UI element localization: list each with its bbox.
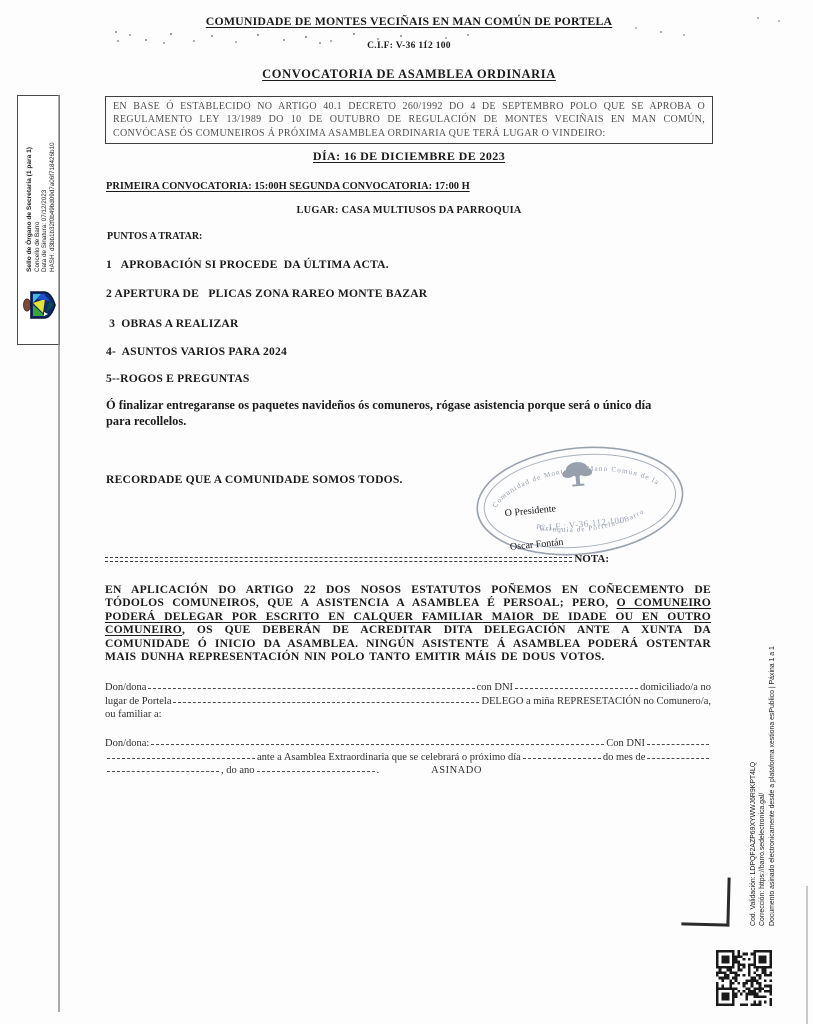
concello-crest-icon [23, 287, 57, 323]
page-edge-line [806, 886, 808, 1024]
legal-post: , OS QUE DEBERÁN DE ACREDITAR DITA DELEG… [105, 623, 711, 663]
seal-date: Data de Sinatura: 07/12/2023 [41, 106, 49, 272]
validation-footer-text: Cod. Validación: LDPQF2AZP69XYWWJ6R9KPT4… [749, 574, 779, 926]
cif-line: C.I.F: V-36 112 100 [105, 41, 713, 51]
dashed-line [105, 557, 572, 562]
fill-in-blank [173, 702, 479, 703]
agenda-item-3: 3 OBRAS A REALIZAR [106, 317, 239, 330]
document-subtitle: CONVOCATORIA DE ASAMBLEA ORDINARIA [105, 67, 713, 82]
fill-in-blank [257, 771, 375, 772]
form-row: Don/dona: Con DNI [105, 737, 711, 751]
call-times: PRIMEIRA CONVOCATORIA: 15:00H SEGUNDA CO… [106, 181, 470, 192]
fill-in-blank [107, 771, 219, 772]
form-label: . [377, 765, 380, 776]
document-header: COMUNIDADE DE MONTES VECIÑAIS EN MAN COM… [105, 14, 713, 29]
fill-in-blank [515, 688, 638, 689]
fill-in-blank [647, 758, 709, 759]
secretarial-seal-text: Sello de Órgano de Secretaría (1 para 1)… [26, 106, 58, 272]
stamp-outer-ring [472, 438, 687, 563]
fill-in-blank [523, 758, 601, 759]
scan-noise [115, 31, 117, 33]
fill-in-blank [647, 744, 709, 745]
delegation-rules-paragraph: EN APLICACIÓN DO ARTIGO 22 DOS NOSOS EST… [105, 583, 711, 663]
asinado-label: ASINADO [431, 765, 482, 776]
validation-code: Cod. Validación: LDPQF2AZP69XYWWJ6R9KPT4… [749, 574, 758, 926]
fill-in-blank [151, 744, 604, 745]
page-title: COMUNIDADE DE MONTES VECIÑAIS EN MAN COM… [206, 14, 613, 28]
form-label: do mes de [603, 752, 646, 763]
validation-platform: Documento asinado electronicamente desde… [768, 574, 777, 926]
delegation-form-1: Don/dona con DNI domiciliado/a no lugar … [105, 681, 711, 722]
document-page: COMUNIDADE DE MONTES VECIÑAIS EN MAN COM… [0, 0, 813, 1024]
stamp-role: O Presidente [504, 503, 557, 519]
nota-rule: NOTA: [105, 553, 609, 565]
call-times-text: PRIMEIRA CONVOCATORIA: 15:00H SEGUNDA CO… [106, 181, 470, 192]
form-label: DELEGO a miña REPRESETACIÓN no Comunero/… [481, 696, 711, 707]
closing-note: Ó finalizar entregaranse os paquetes nav… [106, 398, 672, 430]
community-reminder: RECORDADE QUE A COMUNIDADE SOMOS TODOS. [106, 473, 403, 486]
form-label: Con DNI [606, 738, 645, 749]
agenda-item-2: 2 APERTURA DE PLICAS ZONA RAREO MONTE BA… [106, 287, 427, 300]
nota-label: NOTA: [574, 553, 609, 565]
seal-entity: Concello de Barro [34, 106, 42, 272]
meeting-date: DÍA: 16 DE DICIEMBRE DE 2023 [105, 149, 713, 164]
form-row: ou familiar a: [105, 708, 711, 722]
agenda-item-1: 1 APROBACIÓN SI PROCEDE DA ÚLTIMA ACTA. [106, 258, 389, 271]
validation-url: Corrección: https://barro.sedelectronica… [758, 574, 767, 926]
agenda-item-4: 4- ASUNTOS VARIOS PARA 2024 [106, 345, 287, 358]
fill-in-blank [107, 758, 255, 759]
form-row: lugar de Portela DELEGO a miña REPRESETA… [105, 695, 711, 709]
legal-basis-box: EN BASE Ó ESTABLECIDO NO ARTIGO 40.1 DEC… [105, 96, 713, 144]
seal-title: Sello de Órgano de Secretaría (1 para 1) [26, 106, 34, 272]
stamp-signer-name: Oscar Fontán [510, 537, 564, 553]
meeting-date-text: DÍA: 16 DE DICIEMBRE DE 2023 [313, 149, 505, 163]
form-label: ou familiar a: [105, 709, 162, 720]
form-label: Don/dona [105, 682, 146, 693]
agenda-label: PUNTOS A TRATAR: [107, 231, 202, 242]
president-stamp: Comunidad de Montes en Mano Común de la … [465, 433, 695, 572]
form-label: Don/dona: [105, 738, 149, 749]
form-label: , do ano [221, 765, 255, 776]
form-row: , do ano . ASINADO [105, 764, 711, 778]
form-row: ante a Asamblea Extraordinaria que se ce… [105, 751, 711, 765]
delegation-form-2: Don/dona: Con DNI ante a Asamblea Extrao… [105, 737, 711, 778]
form-label: domiciliado/a no [640, 682, 711, 693]
fill-in-blank [148, 688, 474, 689]
meeting-location: LUGAR: CASA MULTIUSOS DA PARROQUIA [105, 205, 713, 216]
subtitle-text: CONVOCATORIA DE ASAMBLEA ORDINARIA [262, 67, 556, 81]
seal-hash: HASH: d3bb1b32f0b49bd09d7a06f718426b10 [49, 106, 57, 272]
form-row: Don/dona con DNI domiciliado/a no [105, 681, 711, 695]
frame-corner-mark [681, 876, 730, 926]
agenda-item-5: 5--ROGOS E PREGUNTAS [106, 372, 250, 385]
page-fold-line [58, 95, 60, 1012]
form-label: con DNI [477, 682, 513, 693]
form-label: lugar de Portela [105, 696, 171, 707]
qr-code [716, 950, 772, 1006]
form-label: ante a Asamblea Extraordinaria que se ce… [257, 752, 521, 763]
